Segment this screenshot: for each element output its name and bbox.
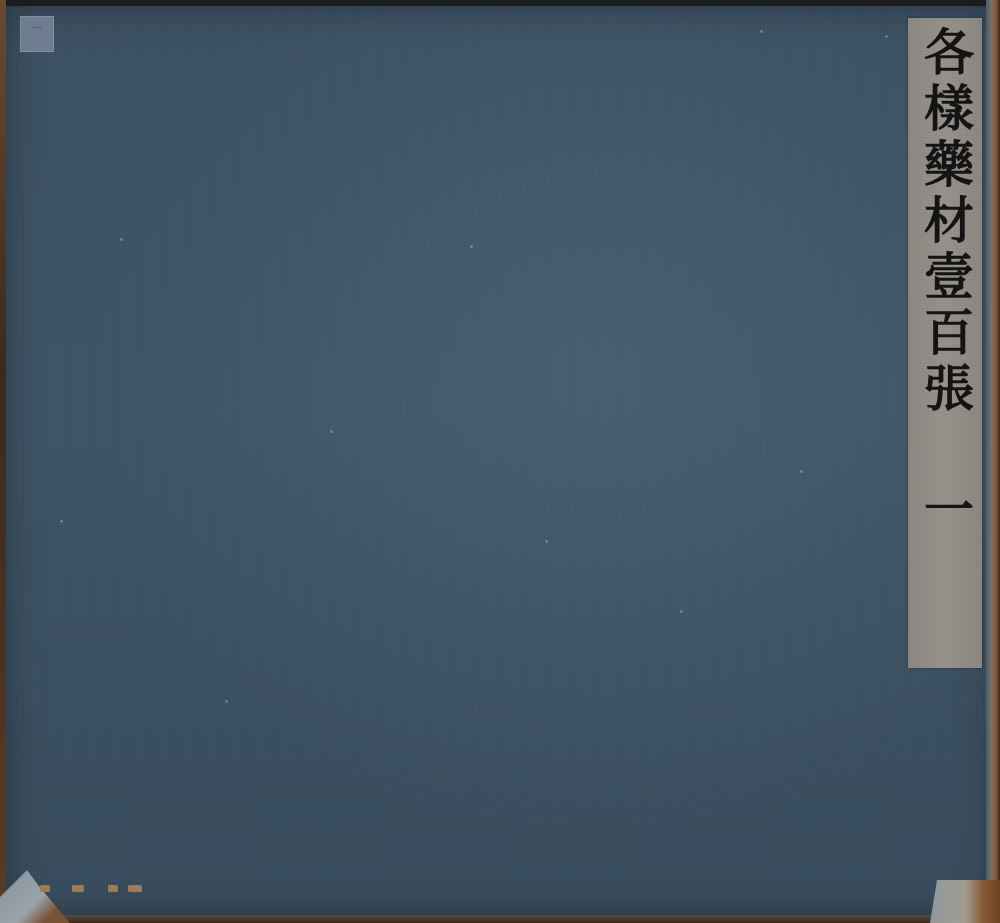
- cloth-specks: [0, 0, 1000, 923]
- title-label: 各樣藥材壹百張 一: [908, 18, 982, 668]
- title-text: 各樣藥材壹百張 一: [908, 26, 982, 539]
- book-cover: … 各樣藥材壹百張 一: [0, 0, 1000, 923]
- top-edge: [0, 0, 1000, 6]
- corner-sticker: …: [20, 16, 54, 52]
- tape-residue: [40, 885, 145, 893]
- sticker-text: …: [23, 21, 51, 31]
- right-edge: [986, 0, 1000, 923]
- worn-corner-bottom-right: [930, 880, 1000, 923]
- bottom-edge: [0, 915, 1000, 923]
- left-edge: [0, 0, 6, 923]
